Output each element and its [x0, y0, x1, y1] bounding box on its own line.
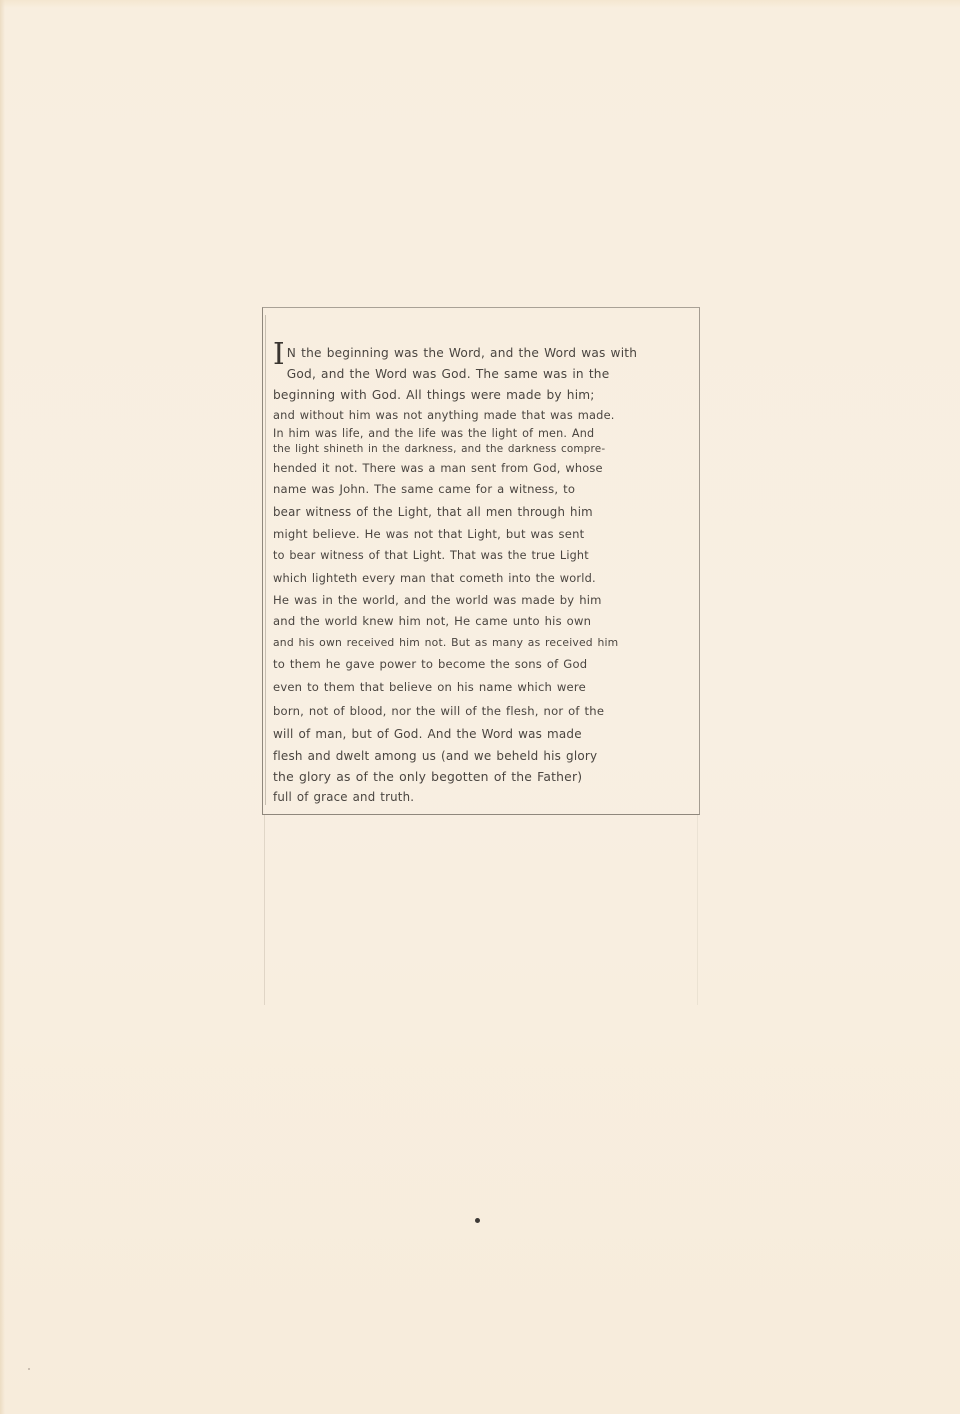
- paper-speck: [28, 1368, 30, 1370]
- passage-line-18: born, not of blood, nor the will of the …: [273, 699, 691, 723]
- passage-line-13: He was in the world, and the world was m…: [273, 590, 691, 611]
- passage-line-9: bear witness of the Light, that all men …: [273, 500, 691, 524]
- passage-line-20: flesh and dwelt among us (and we beheld …: [273, 745, 691, 767]
- passage-line-14: and the world knew him not, He came unto…: [273, 611, 691, 632]
- passage-line-17: even to them that believe on his name wh…: [273, 675, 691, 699]
- passage-line-6: the light shineth in the darkness, and t…: [273, 441, 691, 458]
- passage-line-7: hended it not. There was a man sent from…: [273, 458, 691, 478]
- ink-dot: [475, 1218, 480, 1223]
- passage-line-3: beginning with God. All things were made…: [273, 384, 691, 405]
- handwritten-passage: I N the beginning was the Word, and the …: [273, 342, 699, 807]
- frame-inner-guide-line: [265, 315, 266, 805]
- passage-line-11: to bear witness of that Light. That was …: [273, 544, 691, 566]
- passage-line-10: might believe. He was not that Light, bu…: [273, 524, 691, 544]
- faint-guide-line-right: [697, 815, 698, 1005]
- passage-line-16: to them he gave power to become the sons…: [273, 653, 691, 675]
- passage-line-19: will of man, but of God. And the Word wa…: [273, 723, 691, 745]
- faint-guide-line-left: [264, 815, 265, 1005]
- passage-line-2: God, and the Word was God. The same was …: [273, 363, 691, 384]
- passage-line-5: In him was life, and the life was the li…: [273, 426, 691, 441]
- passage-line-8: name was John. The same came for a witne…: [273, 478, 691, 500]
- passage-line-21: the glory as of the only begotten of the…: [273, 767, 691, 787]
- paper-left-edge: [0, 0, 5, 1414]
- passage-line-12: which lighteth every man that cometh int…: [273, 566, 691, 590]
- passage-line-text: N the beginning was the Word, and the Wo…: [287, 345, 637, 360]
- passage-line-22: full of grace and truth.: [273, 787, 691, 807]
- passage-line-1: I N the beginning was the Word, and the …: [273, 342, 691, 363]
- passage-line-15: and his own received him not. But as man…: [273, 632, 691, 653]
- passage-line-4: and without him was not anything made th…: [273, 405, 691, 426]
